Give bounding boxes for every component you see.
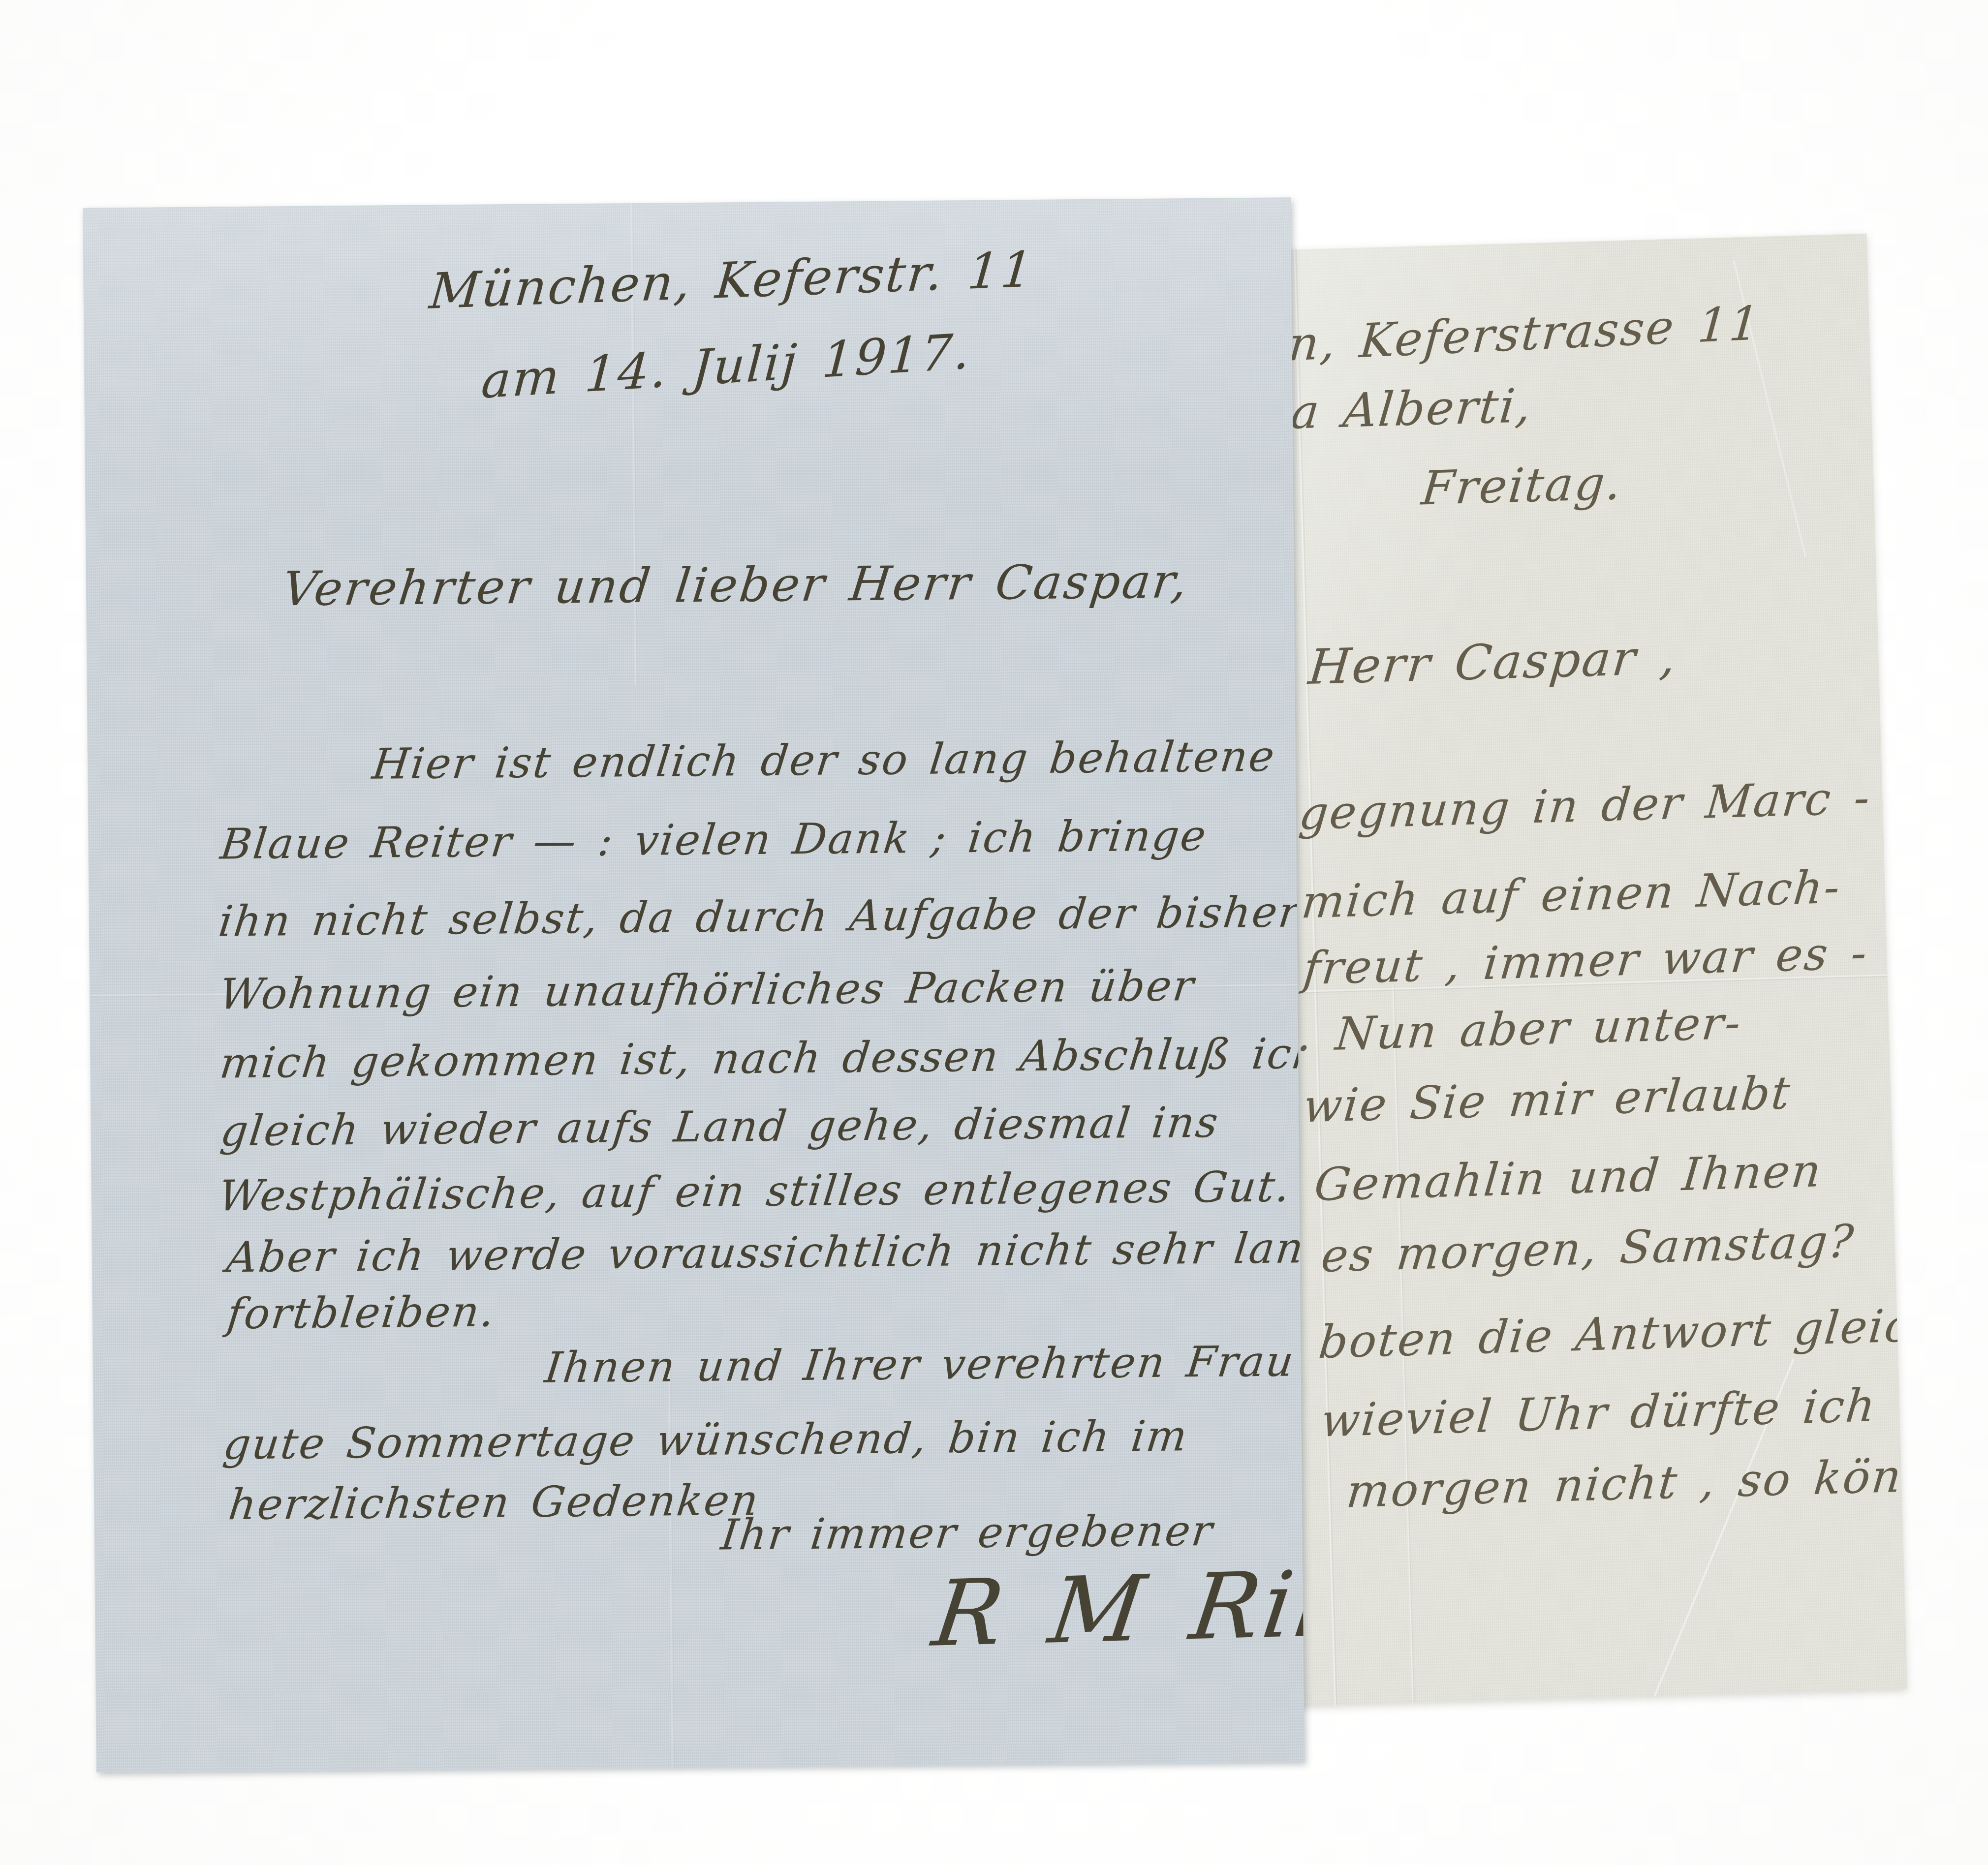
date-fragment-line: Freitag. bbox=[1419, 456, 1625, 516]
body-fragment-line: gegnung in der Marc - bbox=[1297, 771, 1873, 840]
body-line: Hier ist endlich der so lang behaltene bbox=[370, 732, 1278, 789]
body-fragment-line: es morgen, Samstag? bbox=[1319, 1215, 1857, 1283]
closing-line: gute Sommertage wünschend, bin ich im bbox=[221, 1411, 1191, 1469]
body-fragment-line: wieviel Uhr dürfte ich bbox=[1319, 1379, 1879, 1447]
body-line: mich gekommen ist, nach dessen Abschluß … bbox=[217, 1029, 1305, 1088]
body-fragment-line: wie Sie mir erlaubt bbox=[1301, 1067, 1794, 1133]
date-line: am 14. Julij 1917. bbox=[480, 322, 973, 409]
body-line: Westphälische, auf ein stilles entlegene… bbox=[216, 1162, 1294, 1221]
body-line: gleich wieder aufs Land gehe, diesmal in… bbox=[218, 1098, 1222, 1156]
body-fragment-line: freut , immer war es - bbox=[1301, 926, 1870, 995]
body-line: Blaue Reiter — : vielen Dank ; ich bring… bbox=[218, 811, 1210, 869]
signature: R M Rilke bbox=[927, 1548, 1305, 1667]
closing-line: Ihnen und Ihrer verehrten Frau bbox=[542, 1337, 1297, 1392]
address-fragment-line: n, Keferstrasse 11 bbox=[1287, 296, 1763, 372]
address-fragment-line: a Alberti, bbox=[1289, 379, 1535, 440]
closing-line: Ihr immer ergebener bbox=[718, 1506, 1216, 1560]
body-fragment-line: Gemahlin und Ihnen bbox=[1312, 1144, 1824, 1211]
body-fragment-line: mich auf einen Nach- bbox=[1299, 861, 1843, 929]
body-line: Aber ich werde voraussichtlich nicht seh… bbox=[224, 1223, 1305, 1282]
body-line: Wohnung ein unaufhörliches Packen über bbox=[217, 961, 1198, 1019]
body-line: ihn nicht selbst, da durch Aufgabe der b… bbox=[216, 887, 1305, 946]
closing-line: herzlichsten Gedenken bbox=[226, 1476, 762, 1530]
body-line: fortbleiben. bbox=[224, 1287, 498, 1339]
photo-background: n, Keferstrasse 11 a Alberti, Freitag. H… bbox=[0, 0, 1988, 1865]
salutation-line: Verehrter und lieber Herr Caspar, bbox=[280, 553, 1192, 616]
body-fragment-line: morgen nicht , so könnte bbox=[1344, 1447, 1907, 1518]
right-letter-page: n, Keferstrasse 11 a Alberti, Freitag. H… bbox=[1242, 234, 1907, 1707]
body-fragment-line: boten die Antwort gleich bbox=[1316, 1298, 1907, 1369]
body-fragment-line: . Nun aber unter- bbox=[1295, 996, 1744, 1062]
left-letter-page: München, Keferstr. 11 am 14. Julij 1917.… bbox=[83, 197, 1305, 1772]
salutation-fragment-line: Herr Caspar , bbox=[1306, 629, 1679, 696]
address-line: München, Keferstr. 11 bbox=[427, 241, 1036, 320]
